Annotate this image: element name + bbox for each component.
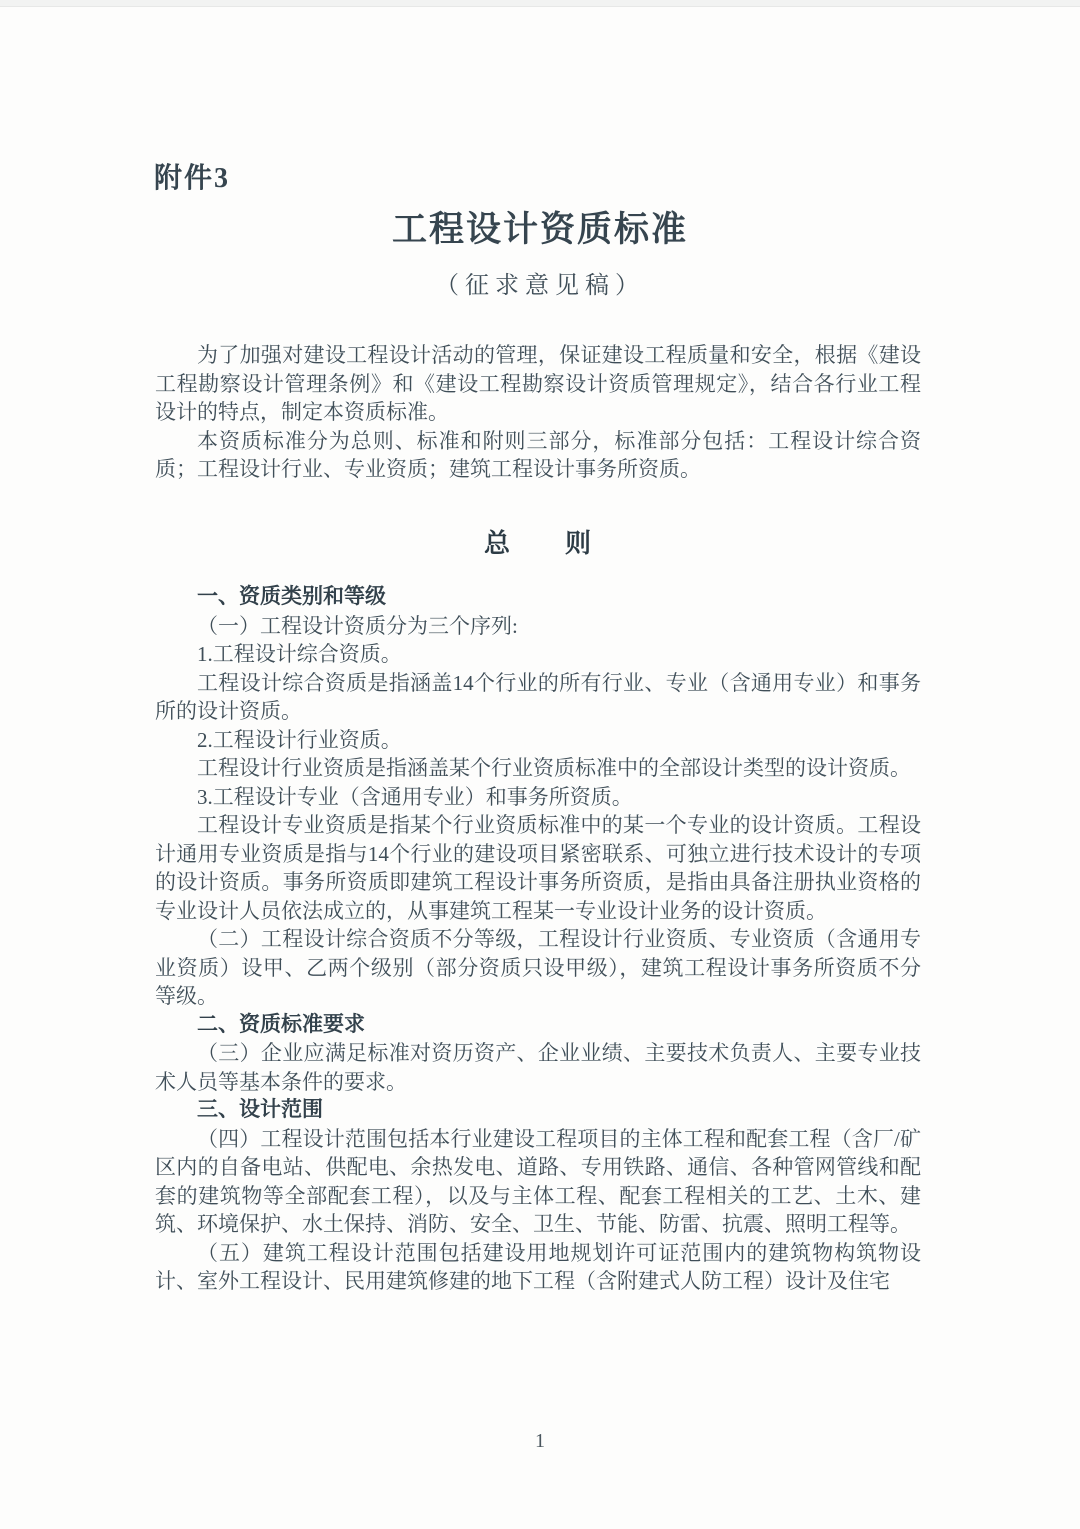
page-number: 1 <box>0 1430 1080 1453</box>
scan-artifact-top <box>0 0 1080 7</box>
document-page: 附件3 工程设计资质标准 （征求意见稿） 为了加强对建设工程设计活动的管理，保证… <box>0 0 1080 1529</box>
body-paragraph: 工程设计行业资质是指涵盖某个行业资质标准中的全部设计类型的设计资质。 <box>155 754 921 783</box>
section-subheading: 三、设计范围 <box>155 1096 921 1125</box>
attachment-label: 附件3 <box>154 156 230 196</box>
body-paragraph: 本资质标准分为总则、标准和附则三部分，标准部分包括：工程设计综合资质；工程设计行… <box>155 427 921 484</box>
body-paragraph: （五）建筑工程设计范围包括建设用地规划许可证范围内的建筑物构筑物设计、室外工程设… <box>155 1239 921 1296</box>
body-paragraph: 1.工程设计综合资质。 <box>155 640 921 669</box>
section-subheading: 二、资质标准要求 <box>155 1011 921 1040</box>
general-provisions-body: 一、资质类别和等级（一）工程设计资质分为三个序列:1.工程设计综合资质。工程设计… <box>155 583 921 1296</box>
body-paragraph: 工程设计综合资质是指涵盖14个行业的所有行业、专业（含通用专业）和事务所的设计资… <box>155 669 921 726</box>
general-provisions-heading: 总 则 <box>155 529 921 558</box>
body-paragraph: 工程设计专业资质是指某个行业资质标准中的某一个专业的设计资质。工程设计通用专业资… <box>155 811 921 925</box>
body-paragraph: 3.工程设计专业（含通用专业）和事务所资质。 <box>155 783 921 812</box>
body-paragraph: （四）工程设计范围包括本行业建设工程项目的主体工程和配套工程（含厂/矿区内的自备… <box>155 1125 921 1239</box>
body-paragraph: （二）工程设计综合资质不分等级，工程设计行业资质、专业资质（含通用专业资质）设甲… <box>155 925 921 1011</box>
body-paragraph: 为了加强对建设工程设计活动的管理，保证建设工程质量和安全，根据《建设工程勘察设计… <box>155 341 921 427</box>
body-paragraph: （一）工程设计资质分为三个序列: <box>155 612 921 641</box>
body-paragraph: 2.工程设计行业资质。 <box>155 726 921 755</box>
body-paragraph: （三）企业应满足标准对资历资产、企业业绩、主要技术负责人、主要专业技术人员等基本… <box>155 1039 921 1096</box>
document-body: 为了加强对建设工程设计活动的管理，保证建设工程质量和安全，根据《建设工程勘察设计… <box>155 341 921 1296</box>
intro-section: 为了加强对建设工程设计活动的管理，保证建设工程质量和安全，根据《建设工程勘察设计… <box>155 341 921 484</box>
document-title: 工程设计资质标准 <box>0 202 1080 252</box>
document-subtitle: （征求意见稿） <box>0 265 1080 300</box>
section-subheading: 一、资质类别和等级 <box>155 583 921 612</box>
